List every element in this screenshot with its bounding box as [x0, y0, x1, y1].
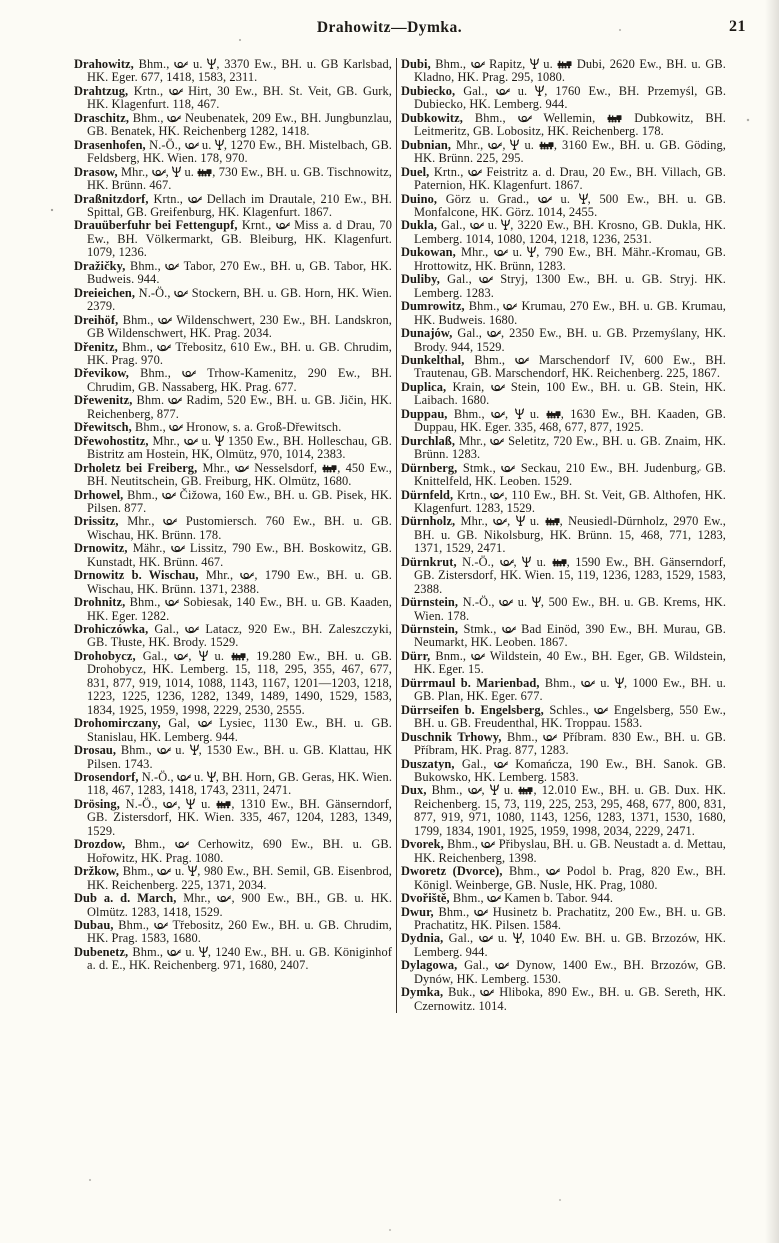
post-horn-icon	[474, 906, 488, 919]
post-horn-icon	[174, 650, 188, 663]
post-horn-icon	[500, 556, 514, 569]
entry-headword: Dürnfeld,	[401, 488, 453, 502]
post-horn-icon	[471, 650, 485, 663]
entry-headword: Dřewitsch,	[74, 420, 132, 434]
post-horn-icon	[496, 85, 510, 98]
post-horn-icon	[174, 58, 188, 71]
directory-entry: Dworetz (Dvorce), Bhm., Podol b. Prag, 8…	[401, 865, 726, 892]
directory-entry: Drohiczówka, Gal., Latacz, 920 Ew., BH. …	[74, 623, 392, 650]
telegraph-icon	[207, 58, 216, 71]
post-horn-icon	[480, 986, 494, 999]
post-horn-icon	[494, 246, 508, 259]
directory-entry: Dřewenitz, Bhm. Radim, 520 Ew., BH. u. G…	[74, 394, 392, 421]
directory-entry: Dukowan, Mhr., u. , 790 Ew., BH. Mähr.-K…	[401, 246, 726, 273]
entry-headword: Dunajów,	[401, 326, 452, 340]
directory-entry: Duliby, Gal., Stryj, 1300 Ew., BH. u. GB…	[401, 273, 726, 300]
telegraph-icon	[532, 596, 541, 609]
entry-headword: Drhowel,	[74, 488, 123, 502]
post-horn-icon	[495, 959, 509, 972]
entry-headword: Dřewohostitz,	[74, 434, 149, 448]
post-horn-icon	[169, 85, 183, 98]
post-horn-icon	[518, 112, 532, 125]
directory-entry: Dumrowitz, Bhm., Krumau, 270 Ew., BH. u.…	[401, 300, 726, 327]
railway-icon	[197, 166, 212, 179]
directory-entry: Duino, Görz u. Grad., u. , 500 Ew., BH. …	[401, 193, 726, 220]
directory-entry: Dürnstein, N.-Ö., u. , 500 Ew., BH. u. G…	[401, 596, 726, 623]
entry-headword: Drholetz bei Freiberg,	[74, 461, 197, 475]
directory-entry: Dürr, Bnm., Wildstein, 40 Ew., BH. Eger,…	[401, 650, 726, 677]
post-horn-icon	[217, 892, 231, 905]
entry-headword: Drohiczówka,	[74, 622, 148, 636]
post-horn-icon	[490, 489, 504, 502]
scanned-directory-page: Drahowitz—Dymka. 21 Drahowitz, Bhm., u. …	[0, 0, 779, 1243]
entry-headword: Dwur,	[401, 905, 434, 919]
post-horn-icon	[162, 489, 176, 502]
entry-headword: Durchlaß,	[401, 434, 455, 448]
post-horn-icon	[157, 744, 171, 757]
post-horn-icon	[470, 219, 484, 232]
entry-headword: Drosau,	[74, 743, 116, 757]
directory-entry: Dreihöf, Bhm., Wildenschwert, 230 Ew., B…	[74, 314, 392, 341]
post-horn-icon	[487, 327, 501, 340]
entry-headword: Držkow,	[74, 864, 119, 878]
directory-entry: Dražičky, Bhm., Tabor, 270 Ew., BH. u, G…	[74, 260, 392, 287]
railway-icon	[231, 650, 246, 663]
entry-headword: Drissitz,	[74, 514, 119, 528]
text-columns: Drahowitz, Bhm., u. , 3370 Ew., BH. u. G…	[74, 58, 726, 1013]
railway-icon	[557, 58, 572, 71]
entry-headword: Dubnian,	[401, 138, 451, 152]
post-horn-icon	[167, 946, 181, 959]
post-horn-icon	[185, 623, 199, 636]
post-horn-icon	[154, 919, 168, 932]
entry-headword: Dürrseifen b. Engelsberg,	[401, 703, 544, 717]
directory-entry: Dvořiště, Bhm., Kamen b. Tabor. 944.	[401, 892, 726, 905]
post-horn-icon	[488, 139, 502, 152]
entry-headword: Duszatyn,	[401, 757, 455, 771]
directory-entry: Drnowitz b. Wischau, Mhr., , 1790 Ew., B…	[74, 569, 392, 596]
page-title: Drahowitz—Dymka.	[0, 19, 779, 37]
directory-entry: Drasenhofen, N.-Ö., u. , 1270 Ew., BH. M…	[74, 139, 392, 166]
railway-icon	[216, 798, 231, 811]
railway-icon	[545, 515, 560, 528]
entry-headword: Drnowitz b. Wischau,	[74, 568, 199, 582]
railway-icon	[518, 784, 533, 797]
railway-icon	[552, 556, 567, 569]
entry-headword: Draßnitzdorf,	[74, 192, 149, 206]
post-horn-icon	[276, 219, 290, 232]
post-horn-icon	[158, 314, 172, 327]
directory-entry: Drholetz bei Freiberg, Mhr., Nesselsdorf…	[74, 462, 392, 489]
post-horn-icon	[165, 260, 179, 273]
directory-entry: Drohnitz, Bhm., Sobiesak, 140 Ew., BH. u…	[74, 596, 392, 623]
post-horn-icon	[163, 798, 177, 811]
directory-entry: Drosau, Bhm., u. , 1530 Ew., BH. u. GB. …	[74, 744, 392, 771]
telegraph-icon	[172, 166, 181, 179]
directory-entry: Dunajów, Gal., , 2350 Ew., BH. u. GB. Pr…	[401, 327, 726, 354]
entry-headword: Dvořiště,	[401, 891, 450, 905]
directory-entry: Duel, Krtn., Feistritz a. d. Drau, 20 Ew…	[401, 166, 726, 193]
entry-headword: Dubi,	[401, 57, 431, 71]
page-number: 21	[729, 18, 746, 36]
telegraph-icon	[199, 650, 208, 663]
directory-entry: Dukla, Gal., u. , 3220 Ew., BH. Krosno, …	[401, 219, 726, 246]
telegraph-icon	[207, 771, 216, 784]
telegraph-icon	[615, 677, 624, 690]
telegraph-icon	[186, 798, 195, 811]
post-horn-icon	[175, 838, 189, 851]
post-horn-icon	[494, 758, 508, 771]
post-horn-icon	[491, 381, 505, 394]
directory-entry: Držkow, Bhm., u. , 980 Ew., BH. Semil, G…	[74, 865, 392, 892]
post-horn-icon	[468, 166, 482, 179]
entry-headword: Dvorek,	[401, 837, 444, 851]
telegraph-icon	[215, 139, 224, 152]
directory-entry: Duppau, Bhm., , u. , 1630 Ew., BH. Kaade…	[401, 408, 726, 435]
entry-headword: Dubiecko,	[401, 84, 455, 98]
entry-headword: Drasow,	[74, 165, 118, 179]
directory-entry: Drohobycz, Gal., , u. , 19.280 Ew., BH. …	[74, 650, 392, 717]
post-horn-icon	[487, 892, 501, 905]
post-horn-icon	[468, 784, 482, 797]
directory-entry: Drahtzug, Krtn., Hirt, 30 Ew., BH. St. V…	[74, 85, 392, 112]
directory-entry: Draßnitzdorf, Krtn., Dellach im Drautale…	[74, 193, 392, 220]
entry-headword: Dřewenitz,	[74, 393, 132, 407]
directory-entry: Dubkowitz, Bhm., Wellemin, Dubkowitz, BH…	[401, 112, 726, 139]
post-horn-icon	[546, 865, 560, 878]
post-horn-icon	[581, 677, 595, 690]
post-horn-icon	[479, 932, 493, 945]
directory-entry: Dydnia, Gal., u. , 1040 Ew. BH. u. GB. B…	[401, 932, 726, 959]
railway-icon	[539, 139, 554, 152]
directory-entry: Drozdow, Bhm., Cerhowitz, 690 Ew., BH. u…	[74, 838, 392, 865]
directory-entry: Drahowitz, Bhm., u. , 3370 Ew., BH. u. G…	[74, 58, 392, 85]
post-horn-icon	[169, 421, 183, 434]
entry-headword: Dürrmaul b. Marienbad,	[401, 676, 540, 690]
directory-entry: Drasow, Mhr., , u. , 730 Ew., BH. u. GB.…	[74, 166, 392, 193]
entry-headword: Drasenhofen,	[74, 138, 146, 152]
directory-entry: Dürnberg, Stmk., Seckau, 210 Ew., BH. Ju…	[401, 462, 726, 489]
entry-headword: Dydnia,	[401, 931, 443, 945]
entry-headword: Dub a. d. March,	[74, 891, 176, 905]
directory-entry: Dubi, Bhm., Rapitz, u. Dubi, 2620 Ew., B…	[401, 58, 726, 85]
directory-entry: Dřevikow, Bhm., Trhow-Kamenitz, 290 Ew.,…	[74, 367, 392, 394]
post-horn-icon	[499, 596, 513, 609]
entry-headword: Dunkelthal,	[401, 353, 464, 367]
post-horn-icon	[501, 462, 515, 475]
directory-entry: Drhowel, Bhm., Čižowa, 160 Ew., BH. u. G…	[74, 489, 392, 516]
post-horn-icon	[543, 731, 557, 744]
telegraph-icon	[516, 515, 525, 528]
entry-headword: Duliby,	[401, 272, 440, 286]
post-horn-icon	[163, 515, 177, 528]
post-horn-icon	[157, 341, 171, 354]
directory-entry: Dubau, Bhm., Třebositz, 260 Ew., BH. u. …	[74, 919, 392, 946]
directory-entry: Dubenetz, Bhm., u. , 1240 Ew., BH. u. GB…	[74, 946, 392, 973]
railway-icon	[607, 112, 622, 125]
post-horn-icon	[152, 166, 166, 179]
entry-headword: Dürnstein,	[401, 622, 458, 636]
entry-headword: Dürnkrut,	[401, 555, 457, 569]
post-horn-icon	[168, 394, 182, 407]
entry-headword: Dražičky,	[74, 259, 126, 273]
telegraph-icon	[513, 932, 522, 945]
post-horn-icon	[184, 435, 198, 448]
telegraph-icon	[190, 744, 199, 757]
post-horn-icon	[515, 354, 529, 367]
directory-entry: Dux, Bhm., , u. , 12.010 Ew., BH. u. GB.…	[401, 784, 726, 838]
telegraph-icon	[188, 865, 197, 878]
directory-entry: Dubiecko, Gal., u. , 1760 Ew., BH. Przem…	[401, 85, 726, 112]
entry-headword: Duino,	[401, 192, 437, 206]
directory-entry: Dwur, Bhm., Husinetz b. Prachatitz, 200 …	[401, 906, 726, 933]
column-left: Drahowitz, Bhm., u. , 3370 Ew., BH. u. G…	[74, 58, 392, 1013]
post-horn-icon	[235, 462, 249, 475]
entry-headword: Duel,	[401, 165, 429, 179]
post-horn-icon	[479, 273, 493, 286]
post-horn-icon	[481, 838, 495, 851]
directory-entry: Dymka, Buk., Hliboka, 890 Ew., BH. u. GB…	[401, 986, 726, 1013]
telegraph-icon	[522, 556, 531, 569]
directory-entry: Dürnfeld, Krtn., , 110 Ew., BH. St. Veit…	[401, 489, 726, 516]
telegraph-icon	[490, 784, 499, 797]
entry-headword: Dürnholz,	[401, 514, 455, 528]
telegraph-icon	[535, 85, 544, 98]
entry-headword: Dřenitz,	[74, 340, 118, 354]
entry-headword: Dux,	[401, 783, 427, 797]
entry-headword: Drohnitz,	[74, 595, 125, 609]
post-horn-icon	[174, 287, 188, 300]
entry-headword: Dworetz (Dvorce),	[401, 864, 503, 878]
post-horn-icon	[171, 542, 185, 555]
entry-headword: Dukowan,	[401, 245, 456, 259]
entry-headword: Drauüberfuhr bei Fettengupf,	[74, 218, 238, 232]
column-divider-rule	[396, 58, 397, 1013]
post-horn-icon	[594, 704, 608, 717]
directory-entry: Dürnkrut, N.-Ö., , u. , 1590 Ew., BH. Gä…	[401, 556, 726, 596]
directory-entry: Dubnian, Mhr., , u. , 3160 Ew., BH. u. G…	[401, 139, 726, 166]
entry-headword: Dubkowitz,	[401, 111, 463, 125]
post-horn-icon	[471, 58, 485, 71]
directory-entry: Dřenitz, Bhm., Třebositz, 610 Ew., BH. u…	[74, 341, 392, 368]
entry-headword: Dreihöf,	[74, 313, 118, 327]
directory-entry: Draschitz, Bhm., Neubenatek, 209 Ew., BH…	[74, 112, 392, 139]
directory-entry: Dürrmaul b. Marienbad, Bhm., u. , 1000 E…	[401, 677, 726, 704]
directory-entry: Dürnstein, Stmk., Bad Einöd, 390 Ew., BH…	[401, 623, 726, 650]
telegraph-icon	[501, 219, 510, 232]
post-horn-icon	[491, 408, 505, 421]
entry-headword: Drosendorf,	[74, 770, 139, 784]
entry-headword: Duppau,	[401, 407, 448, 421]
directory-entry: Durchlaß, Mhr., Seletitz, 720 Ew., BH. u…	[401, 435, 726, 462]
entry-headword: Dymka,	[401, 985, 443, 999]
directory-entry: Dürnholz, Mhr., , u. , Neusiedl-Dürnholz…	[401, 515, 726, 555]
column-right: Dubi, Bhm., Rapitz, u. Dubi, 2620 Ew., B…	[401, 58, 726, 1013]
directory-entry: Dürrseifen b. Engelsberg, Schles., Engel…	[401, 704, 726, 731]
directory-entry: Drauüberfuhr bei Fettengupf, Krnt., Miss…	[74, 219, 392, 259]
post-horn-icon	[240, 569, 254, 582]
directory-entry: Dub a. d. March, Mhr., , 900 Ew., BH., G…	[74, 892, 392, 919]
directory-entry: Duplica, Krain, Stein, 100 Ew., BH. u. G…	[401, 381, 726, 408]
directory-entry: Drohomirczany, Gal, Lysiec, 1130 Ew., BH…	[74, 717, 392, 744]
post-horn-icon	[177, 771, 191, 784]
post-horn-icon	[157, 865, 171, 878]
post-horn-icon	[198, 717, 212, 730]
entry-headword: Duschnik Trhowy,	[401, 730, 502, 744]
directory-entry: Dřewitsch, Bhm., Hronow, s. a. Groß-Dřew…	[74, 421, 392, 434]
directory-entry: Drosendorf, N.-Ö., u. , BH. Horn, GB. Ge…	[74, 771, 392, 798]
entry-headword: Dreieichen,	[74, 286, 135, 300]
entry-headword: Dřevikow,	[74, 366, 129, 380]
entry-headword: Drösing,	[74, 797, 120, 811]
entry-headword: Dubenetz,	[74, 945, 128, 959]
entry-headword: Dukla,	[401, 218, 437, 232]
directory-entry: Dřewohostitz, Mhr., u. 1350 Ew., BH. Hol…	[74, 435, 392, 462]
telegraph-icon	[515, 408, 524, 421]
entry-headword: Dumrowitz,	[401, 299, 465, 313]
telegraph-icon	[530, 58, 539, 71]
telegraph-icon	[579, 193, 588, 206]
post-horn-icon	[503, 300, 517, 313]
directory-entry: Dylagowa, Gal., Dynow, 1400 Ew., BH. Brz…	[401, 959, 726, 986]
telegraph-icon	[199, 946, 208, 959]
entry-headword: Dürnberg,	[401, 461, 457, 475]
entry-headword: Drohomirczany,	[74, 716, 161, 730]
directory-entry: Duschnik Trhowy, Bhm., Příbram. 830 Ew.,…	[401, 731, 726, 758]
entry-headword: Drahtzug,	[74, 84, 128, 98]
post-horn-icon	[185, 139, 199, 152]
directory-entry: Drösing, N.-Ö., , u. , 1310 Ew., BH. Gän…	[74, 798, 392, 838]
directory-entry: Dreieichen, N.-Ö., Stockern, BH. u. GB. …	[74, 287, 392, 314]
post-horn-icon	[188, 193, 202, 206]
directory-entry: Drnowitz, Mähr., Lissitz, 790 Ew., BH. B…	[74, 542, 392, 569]
directory-entry: Dvorek, Bhm., Přibyslau, BH. u. GB. Neus…	[401, 838, 726, 865]
entry-headword: Dürr,	[401, 649, 430, 663]
telegraph-icon	[215, 435, 224, 448]
directory-entry: Dunkelthal, Bhm., Marschendorf IV, 600 E…	[401, 354, 726, 381]
entry-headword: Draschitz,	[74, 111, 129, 125]
entry-headword: Dylagowa,	[401, 958, 457, 972]
telegraph-icon	[510, 139, 519, 152]
entry-headword: Drnowitz,	[74, 541, 128, 555]
telegraph-icon	[527, 246, 536, 259]
entry-headword: Dubau,	[74, 918, 114, 932]
entry-headword: Drozdow,	[74, 837, 125, 851]
directory-entry: Duszatyn, Gal., Komańcza, 190 Ew., BH. S…	[401, 758, 726, 785]
railway-icon	[322, 462, 337, 475]
entry-headword: Dürnstein,	[401, 595, 458, 609]
post-horn-icon	[490, 435, 504, 448]
railway-icon	[546, 408, 561, 421]
entry-headword: Duplica,	[401, 380, 446, 394]
entry-headword: Drahowitz,	[74, 57, 134, 71]
post-horn-icon	[502, 623, 516, 636]
post-horn-icon	[538, 193, 552, 206]
entry-headword: Drohobycz,	[74, 649, 136, 663]
post-horn-icon	[167, 112, 181, 125]
post-horn-icon	[182, 367, 196, 380]
post-horn-icon	[165, 596, 179, 609]
directory-entry: Drissitz, Mhr., Pustomiersch. 760 Ew., B…	[74, 515, 392, 542]
post-horn-icon	[493, 515, 507, 528]
